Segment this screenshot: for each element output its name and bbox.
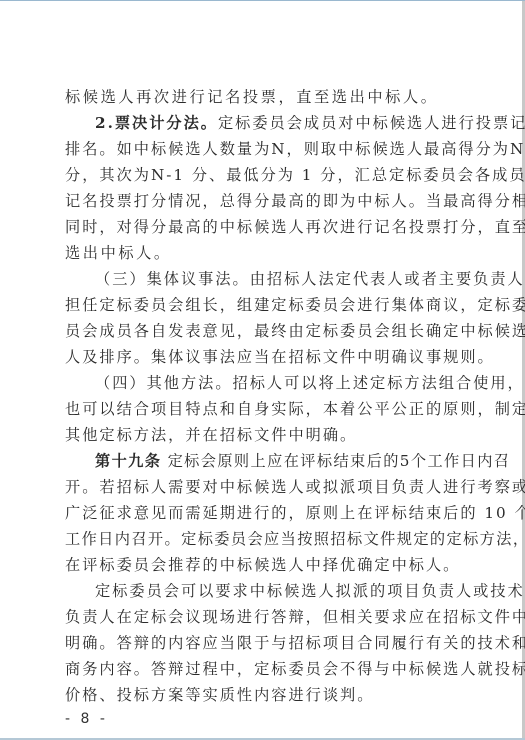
line-text: 也可以结合项目特点和自身实际，本着公平公正的原则，制定 xyxy=(65,400,525,418)
line-text: 定标会原则上应在评标结束后的5个工作日内召 xyxy=(161,452,510,470)
paragraph-line: 第十九条 定标会原则上应在评标结束后的5个工作日内召 xyxy=(65,448,467,474)
line-text: 人及排序。集体议事法应当在招标文件中明确议事规则。 xyxy=(65,348,495,366)
line-text: 选出中标人。 xyxy=(65,244,172,262)
paragraph-line: 选出中标人。 xyxy=(65,240,467,266)
paragraph-line: 在评标委员会推荐的中标候选人中择优确定中标人。 xyxy=(65,552,467,578)
line-text: 定标委员会成员对中标候选人进行投票记分 xyxy=(218,114,525,132)
paragraph-line: 排名。如中标候选人数量为N，则取中标候选人最高得分为N xyxy=(65,136,467,162)
line-text: 定标委员会可以要求中标候选人拟派的项目负责人或技术 xyxy=(95,582,525,600)
paragraph-line: 员会成员各自发表意见，最终由定标委员会组长确定中标候选 xyxy=(65,318,467,344)
line-text: 广泛征求意见而需延期进行的，原则上在评标结束后的 10 个 xyxy=(65,504,525,522)
document-page: 标候选人再次进行记名投票，直至选出中标人。 2.票决计分法。定标委员会成员对中标… xyxy=(65,84,467,730)
section-heading: 2.票决计分法。 xyxy=(95,114,218,132)
line-text: 记名投票打分情况，总得分最高的即为中标人。当最高得分相 xyxy=(65,192,525,210)
paragraph-line: 开。若招标人需要对中标候选人或拟派项目负责人进行考察或 xyxy=(65,474,467,500)
line-text: 负责人在定标会议现场进行答辩，但相关要求应在招标文件中 xyxy=(65,608,525,626)
paragraph-line: 价格、投标方案等实质性内容进行谈判。 xyxy=(65,682,467,708)
line-text: 其他定标方法，并在招标文件中明确。 xyxy=(65,426,357,444)
paragraph-line: （三）集体议事法。由招标人法定代表人或者主要负责人 xyxy=(65,266,467,292)
line-text: （四）其他方法。招标人可以将上述定标方法组合使用， xyxy=(95,374,525,392)
line-text: 员会成员各自发表意见，最终由定标委员会组长确定中标候选 xyxy=(65,322,525,340)
paragraph-line: 2.票决计分法。定标委员会成员对中标候选人进行投票记分 xyxy=(65,110,467,136)
line-text: 明确。答辩的内容应当限于与招标项目合同履行有关的技术和 xyxy=(65,634,525,652)
top-border xyxy=(0,0,525,1)
paragraph-line: 工作日内召开。定标委员会应当按照招标文件规定的定标方法， xyxy=(65,526,467,552)
page-number: - 8 - xyxy=(65,708,467,730)
line-text: 工作日内召开。定标委员会应当按照招标文件规定的定标方法， xyxy=(65,530,525,548)
line-text: 排名。如中标候选人数量为N，则取中标候选人最高得分为N xyxy=(65,140,525,158)
line-text: 在评标委员会推荐的中标候选人中择优确定中标人。 xyxy=(65,556,460,574)
line-text: 标候选人再次进行记名投票，直至选出中标人。 xyxy=(65,88,439,106)
paragraph-line: 广泛征求意见而需延期进行的，原则上在评标结束后的 10 个 xyxy=(65,500,467,526)
line-text: 分，其次为N-1 分、最低分为 1 分，汇总定标委员会各成员 xyxy=(65,166,525,184)
paragraph-line: 同时，对得分最高的中标候选人再次进行记名投票打分，直至 xyxy=(65,214,467,240)
paragraph-line: 也可以结合项目特点和自身实际，本着公平公正的原则，制定 xyxy=(65,396,467,422)
paragraph-line: 负责人在定标会议现场进行答辩，但相关要求应在招标文件中 xyxy=(65,604,467,630)
paragraph-line: （四）其他方法。招标人可以将上述定标方法组合使用， xyxy=(65,370,467,396)
paragraph-line: 商务内容。答辩过程中，定标委员会不得与中标候选人就投标 xyxy=(65,656,467,682)
paragraph-line: 人及排序。集体议事法应当在招标文件中明确议事规则。 xyxy=(65,344,467,370)
paragraph-line: 担任定标委员会组长，组建定标委员会进行集体商议，定标委 xyxy=(65,292,467,318)
paragraph-line: 记名投票打分情况，总得分最高的即为中标人。当最高得分相 xyxy=(65,188,467,214)
line-text: 开。若招标人需要对中标候选人或拟派项目负责人进行考察或 xyxy=(65,478,525,496)
paragraph-line: 明确。答辩的内容应当限于与招标项目合同履行有关的技术和 xyxy=(65,630,467,656)
line-text: 商务内容。答辩过程中，定标委员会不得与中标候选人就投标 xyxy=(65,660,525,678)
paragraph-line: 标候选人再次进行记名投票，直至选出中标人。 xyxy=(65,84,467,110)
article-heading: 第十九条 xyxy=(95,452,161,470)
line-text: 同时，对得分最高的中标候选人再次进行记名投票打分，直至 xyxy=(65,218,525,236)
line-text: （三）集体议事法。由招标人法定代表人或者主要负责人 xyxy=(95,270,525,288)
line-text: 价格、投标方案等实质性内容进行谈判。 xyxy=(65,686,374,704)
paragraph-line: 其他定标方法，并在招标文件中明确。 xyxy=(65,422,467,448)
line-text: 担任定标委员会组长，组建定标委员会进行集体商议，定标委 xyxy=(65,296,525,314)
paragraph-line: 分，其次为N-1 分、最低分为 1 分，汇总定标委员会各成员 xyxy=(65,162,467,188)
paragraph-line: 定标委员会可以要求中标候选人拟派的项目负责人或技术 xyxy=(65,578,467,604)
